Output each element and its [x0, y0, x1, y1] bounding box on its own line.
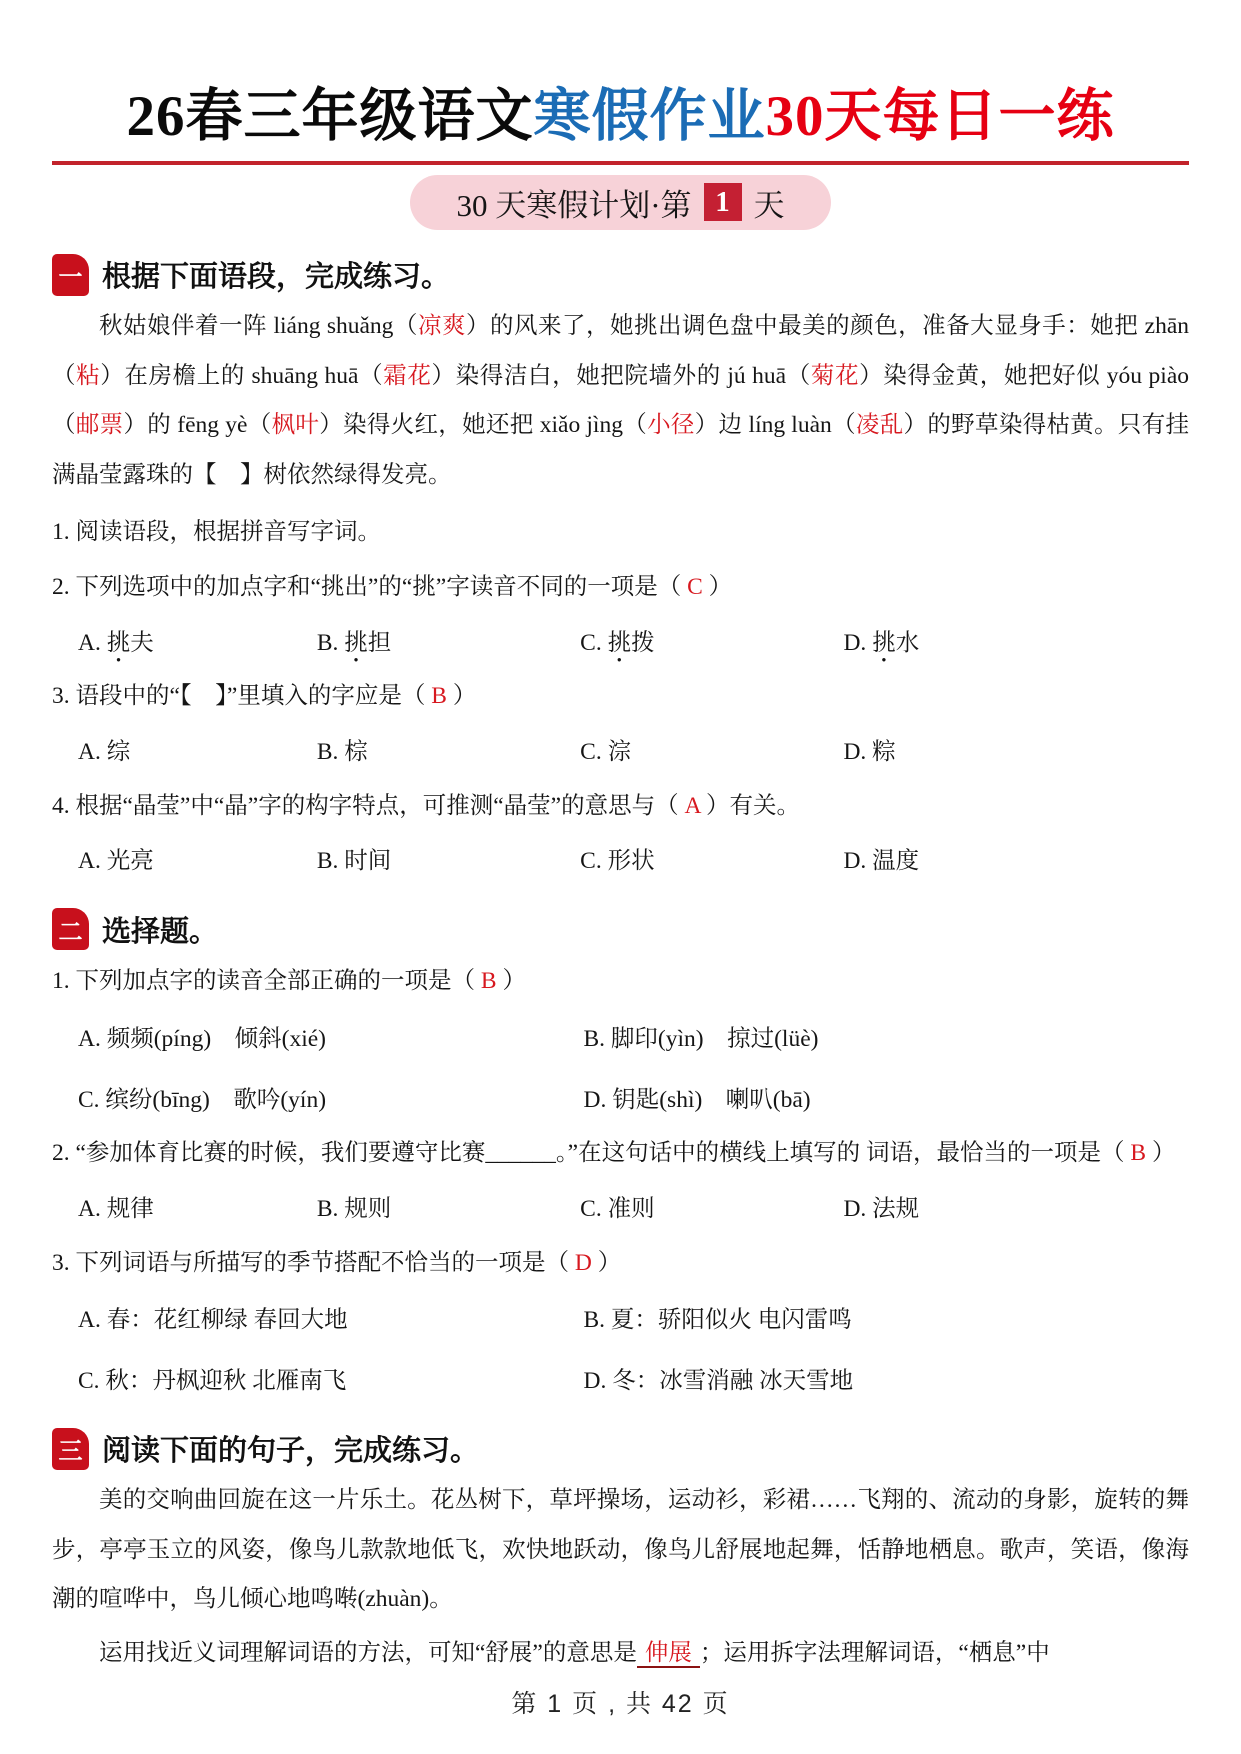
option-b: B. 夏：骄阳似火 电闪雷鸣: [584, 1298, 1190, 1343]
option-b: B. 规则: [317, 1187, 580, 1232]
exercise-sentence: 运用找近义词理解词语的方法，可知“舒展”的意思是伸展；运用拆字法理解词语，“栖息…: [52, 1629, 1189, 1679]
option-b: B. 时间: [317, 839, 580, 884]
text-segment: D: [575, 1250, 592, 1276]
option-b: B. 脚印(yìn) 掠过(lüè): [584, 1017, 1190, 1062]
text-segment: 拨: [631, 630, 655, 656]
text-segment: ）: [703, 574, 732, 600]
option-d: D. 钥匙(shì) 喇叭(bā): [584, 1078, 1190, 1123]
section-heading-text: 阅读下面的句子，完成练习。: [102, 1428, 479, 1469]
section-heading-text: 根据下面语段，完成练习。: [102, 254, 450, 295]
text-segment: 菊花: [811, 363, 859, 389]
text-segment: D. 粽: [843, 739, 895, 765]
options-row: A. 挑夫 B. 挑担 C. 挑拨 D. 挑水: [52, 621, 1189, 666]
option-c: C. 缤纷(bīng) 歌吟(yín): [78, 1078, 584, 1123]
text-segment: ；运用拆字法理解词语，“栖息”中: [700, 1640, 1050, 1666]
text-segment: B.: [317, 630, 344, 656]
option-c: C. 准则: [580, 1187, 843, 1232]
text-segment: 1. 阅读语段，根据拼音写字词。: [52, 519, 381, 545]
text-segment: 3. 下列词语与所描写的季节搭配不恰当的一项是（: [52, 1250, 575, 1276]
reading-passage: 美的交响曲回旋在这一片乐土。花丛树下，草坪操场，运动衫，彩裙……飞翔的、流动的身…: [52, 1476, 1189, 1625]
option-c: C. 形状: [580, 839, 843, 884]
text-segment: D. 法规: [843, 1196, 919, 1222]
text-segment: B. 棕: [317, 739, 368, 765]
text-segment: 夫: [130, 630, 154, 656]
option-a: A. 挑夫: [78, 621, 317, 666]
text-segment: 2. “参加体育比赛的时候，我们要遵守比赛______。”在这句话中的横线上填写…: [52, 1140, 1130, 1166]
text-segment: C. 准则: [580, 1196, 654, 1222]
worksheet-page: 26春三年级语文寒假作业30天每日一练 30 天寒假计划·第 1 天 一 根据下…: [0, 0, 1241, 1754]
text-segment: 凉爽: [418, 313, 466, 339]
reading-passage: 秋姑娘伴着一阵 liáng shuǎng（凉爽）的风来了，她挑出调色盘中最美的颜…: [52, 302, 1189, 501]
text-segment: 4. 根据“晶莹”中“晶”字的构字特点，可推测“晶莹”的意思与（: [52, 793, 684, 819]
title-rule: [52, 161, 1189, 165]
text-segment: D. 温度: [843, 848, 919, 874]
option-a: A. 光亮: [78, 839, 317, 884]
option-c: C. 挑拨: [580, 621, 843, 666]
text-segment: ）在房檐上的 shuāng huā（: [100, 363, 383, 389]
section-number-badge: 三: [52, 1428, 89, 1470]
text-segment: B: [1130, 1140, 1146, 1166]
text-segment: D. 钥匙(shì) 喇叭(bā): [584, 1087, 811, 1113]
text-segment: D. 冬：冰雪消融 冰天雪地: [584, 1368, 854, 1394]
plan-badge: 30 天寒假计划·第 1 天: [410, 175, 830, 230]
text-segment: B. 脚印(yìn) 掠过(lüè): [584, 1026, 819, 1052]
text-segment: 挑: [344, 630, 368, 656]
text-segment: 枫叶: [272, 412, 320, 438]
section-number-badge: 一: [52, 254, 89, 296]
text-segment: 挑: [107, 630, 131, 656]
option-a: A. 频频(píng) 倾斜(xié): [78, 1017, 584, 1062]
text-segment: 担: [368, 630, 392, 656]
option-d: D. 法规: [843, 1187, 1189, 1232]
text-segment: 伸展: [637, 1640, 700, 1668]
text-segment: ）边 líng luàn（: [695, 412, 856, 438]
section-number-badge: 二: [52, 908, 89, 950]
text-segment: 粘: [76, 363, 100, 389]
text-segment: ）染得洁白，她把院墙外的 jú huā（: [431, 363, 810, 389]
page-title: 26春三年级语文寒假作业30天每日一练: [52, 86, 1189, 149]
text-segment: A. 综: [78, 739, 130, 765]
title-part-blue: 寒假作业: [534, 85, 766, 148]
text-segment: A. 频频(píng) 倾斜(xié): [78, 1026, 326, 1052]
text-segment: ）: [497, 968, 526, 994]
text-segment: C. 形状: [580, 848, 654, 874]
text-segment: 1. 下列加点字的读音全部正确的一项是（: [52, 968, 481, 994]
options-row: A. 综 B. 棕 C. 淙 D. 粽: [52, 730, 1189, 775]
question-line: 1. 下列加点字的读音全部正确的一项是（ B ）: [52, 959, 1189, 1005]
page-number: 第 1 页 , 共 42 页: [0, 1684, 1241, 1720]
text-segment: B. 夏：骄阳似火 电闪雷鸣: [584, 1307, 852, 1333]
question-line: 2. 下列选项中的加点字和“挑出”的“挑”字读音不同的一项是（ C ）: [52, 565, 1189, 611]
question-line: 4. 根据“晶莹”中“晶”字的构字特点，可推测“晶莹”的意思与（ A ）有关。: [52, 784, 1189, 830]
question-line: 2. “参加体育比赛的时候，我们要遵守比赛______。”在这句话中的横线上填写…: [52, 1131, 1189, 1177]
option-c: C. 秋：丹枫迎秋 北雁南飞: [78, 1359, 584, 1404]
text-segment: 邮票: [76, 412, 124, 438]
plan-badge-suffix: 天: [754, 180, 785, 225]
text-segment: B. 规则: [317, 1196, 391, 1222]
text-segment: 运用找近义词理解词语的方法，可知“舒展”的意思是: [99, 1640, 637, 1666]
option-d: D. 温度: [843, 839, 1189, 884]
text-segment: ）有关。: [700, 793, 800, 819]
section-2-heading: 二 选择题。: [52, 908, 1189, 950]
text-segment: C. 淙: [580, 739, 631, 765]
title-part-black: 26春三年级语文: [127, 85, 534, 148]
option-a: A. 春：花红柳绿 春回大地: [78, 1298, 584, 1343]
question-line: 3. 下列词语与所描写的季节搭配不恰当的一项是（ D ）: [52, 1241, 1189, 1287]
text-segment: B: [481, 968, 497, 994]
section-3-heading: 三 阅读下面的句子，完成练习。: [52, 1428, 1189, 1470]
text-segment: 3. 语段中的“【 】”里填入的字应是（: [52, 683, 431, 709]
options-row: A. 光亮 B. 时间 C. 形状 D. 温度: [52, 839, 1189, 884]
text-segment: 挑: [608, 630, 632, 656]
text-segment: C. 秋：丹枫迎秋 北雁南飞: [78, 1368, 346, 1394]
option-a: A. 规律: [78, 1187, 317, 1232]
text-segment: 凌乱: [856, 412, 904, 438]
text-segment: C.: [580, 630, 607, 656]
text-segment: 秋姑娘伴着一阵 liáng shuǎng（: [99, 313, 418, 339]
text-segment: B: [431, 683, 447, 709]
text-segment: ）: [592, 1250, 621, 1276]
text-segment: A. 规律: [78, 1196, 154, 1222]
day-number-badge: 1: [704, 183, 742, 221]
text-segment: B. 时间: [317, 848, 391, 874]
text-segment: 霜花: [383, 363, 431, 389]
options-row: A. 规律 B. 规则 C. 准则 D. 法规: [52, 1187, 1189, 1232]
options-grid: A. 春：花红柳绿 春回大地 B. 夏：骄阳似火 电闪雷鸣 C. 秋：丹枫迎秋 …: [52, 1298, 1189, 1403]
question-line: 3. 语段中的“【 】”里填入的字应是（ B ）: [52, 674, 1189, 720]
text-segment: C: [687, 574, 703, 600]
text-segment: A.: [78, 630, 107, 656]
option-d: D. 冬：冰雪消融 冰天雪地: [584, 1359, 1190, 1404]
text-segment: D.: [843, 630, 872, 656]
title-part-red: 30天每日一练: [766, 85, 1115, 148]
text-segment: 水: [896, 630, 920, 656]
text-segment: ）: [447, 683, 476, 709]
question-line: 1. 阅读语段，根据拼音写字词。: [52, 510, 1189, 556]
text-segment: ）: [1146, 1140, 1175, 1166]
plan-badge-prefix: 30 天寒假计划·第: [456, 180, 691, 225]
section-heading-text: 选择题。: [102, 909, 218, 950]
text-segment: 小径: [647, 412, 695, 438]
option-b: B. 棕: [317, 730, 580, 775]
option-c: C. 淙: [580, 730, 843, 775]
text-segment: A: [684, 793, 700, 819]
options-grid: A. 频频(píng) 倾斜(xié) B. 脚印(yìn) 掠过(lüè) C…: [52, 1017, 1189, 1122]
text-segment: ）染得火红，她还把 xiǎo jìng（: [319, 412, 647, 438]
text-segment: 美的交响曲回旋在这一片乐土。花丛树下，草坪操场，运动衫，彩裙……飞翔的、流动的身…: [52, 1487, 1189, 1613]
text-segment: A. 光亮: [78, 848, 154, 874]
option-d: D. 粽: [843, 730, 1189, 775]
text-segment: ）的 fēng yè（: [123, 412, 271, 438]
text-segment: 2. 下列选项中的加点字和“挑出”的“挑”字读音不同的一项是（: [52, 574, 687, 600]
text-segment: 挑: [872, 630, 896, 656]
option-d: D. 挑水: [843, 621, 1189, 666]
text-segment: C. 缤纷(bīng) 歌吟(yín): [78, 1087, 326, 1113]
section-1-heading: 一 根据下面语段，完成练习。: [52, 254, 1189, 296]
option-b: B. 挑担: [317, 621, 580, 666]
option-a: A. 综: [78, 730, 317, 775]
text-segment: A. 春：花红柳绿 春回大地: [78, 1307, 348, 1333]
